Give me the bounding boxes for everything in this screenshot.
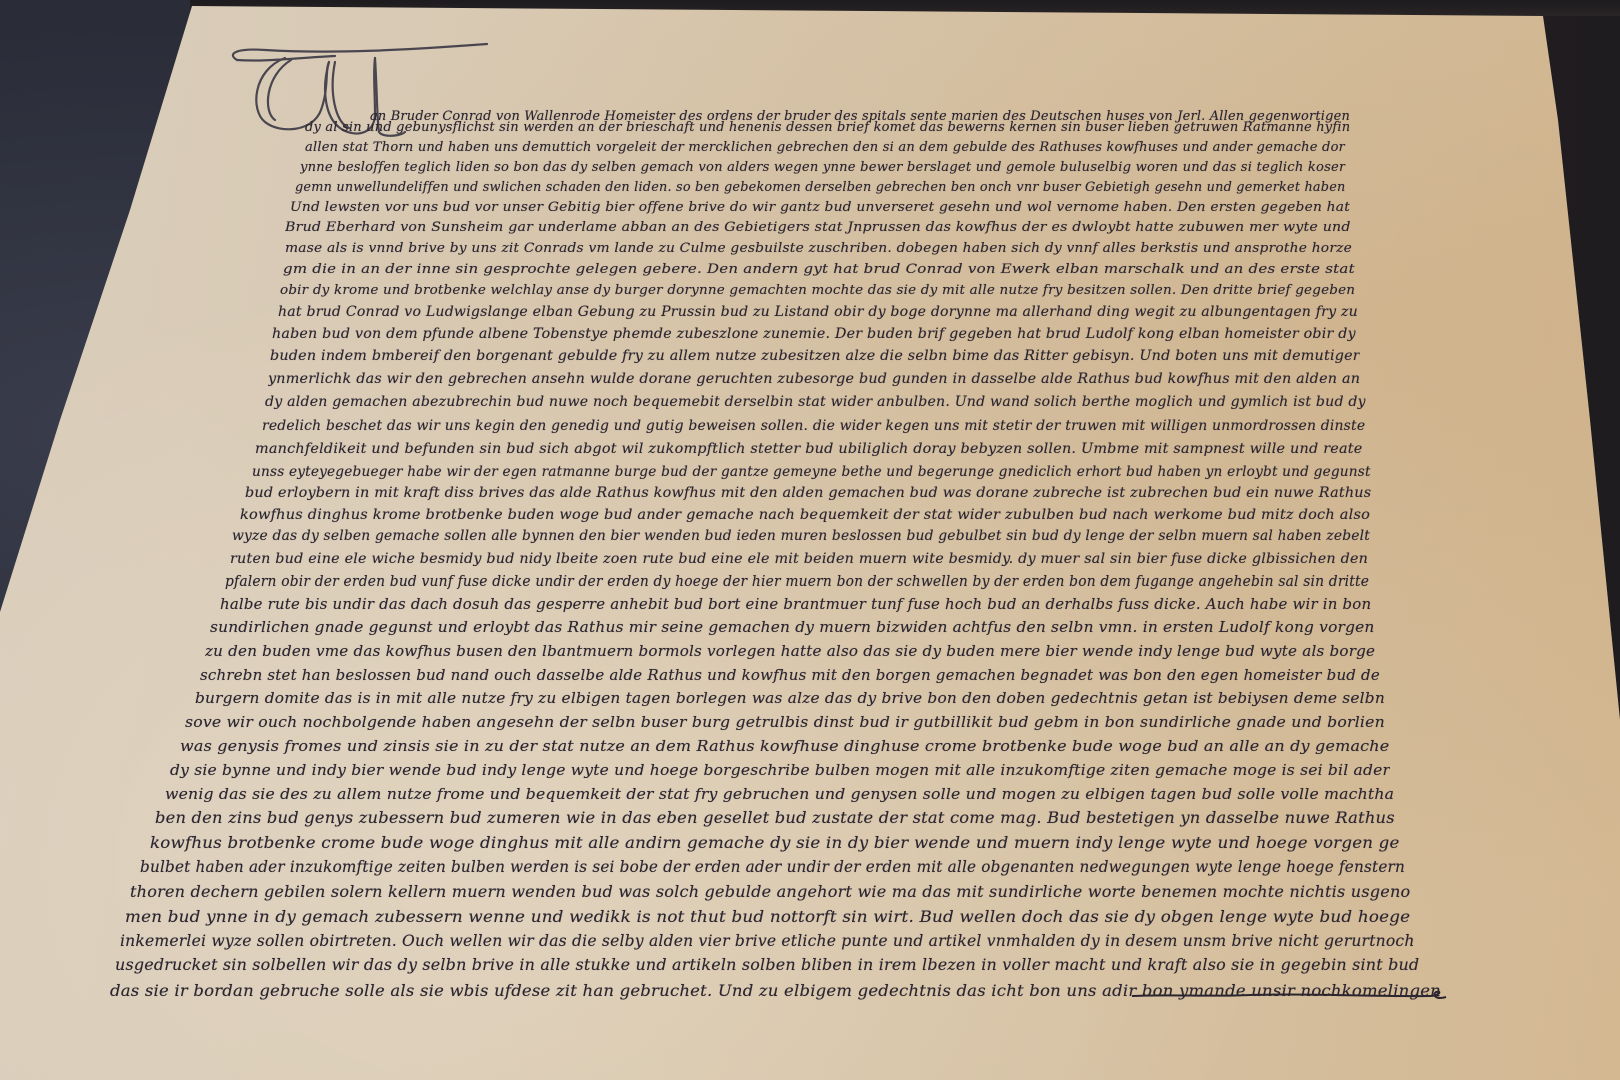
manuscript-line: sundirlichen gnade gegunst und erloybt d… bbox=[210, 618, 1375, 639]
manuscript-line: wenig das sie des zu allem nutze frome u… bbox=[165, 784, 1395, 805]
manuscript-line: kowfhus dinghus krome brotbenke buden wo… bbox=[240, 505, 1370, 525]
manuscript-line: schrebn stet han beslossen bud nand ouch… bbox=[200, 666, 1380, 687]
closing-flourish-line bbox=[1130, 988, 1450, 1002]
manuscript-line: allen stat Thorn und haben uns demuttich… bbox=[305, 138, 1345, 157]
manuscript-line: wyze das dy selben gemache sollen alle b… bbox=[232, 526, 1370, 546]
manuscript-line: unss eyteyegebueger habe wir der egen ra… bbox=[252, 462, 1370, 482]
manuscript-line: ben den zins bud genys zubessern bud zum… bbox=[155, 808, 1395, 830]
manuscript-line: was genysis fromes und zinsis sie in zu … bbox=[180, 736, 1390, 757]
manuscript-line: bud erloybern in mit kraft diss brives d… bbox=[245, 483, 1372, 503]
manuscript-line: kowfhus brotbenke crome bude woge dinghu… bbox=[150, 833, 1400, 855]
manuscript-line: sove wir ouch nochbolgende haben angeseh… bbox=[185, 712, 1384, 733]
manuscript-line: men bud ynne in dy gemach zubessern wenn… bbox=[125, 906, 1411, 928]
manuscript-line: buden indem bmbereif den borgenant gebul… bbox=[270, 347, 1360, 367]
manuscript-line: halbe rute bis undir das dach dosuh das … bbox=[220, 595, 1371, 616]
manuscript-line: mase als is vnnd brive by uns zit Conrad… bbox=[285, 239, 1352, 258]
manuscript-line: obir dy krome und brotbenke welchlay ans… bbox=[280, 281, 1355, 300]
manuscript-line: zu den buden vme das kowfhus busen den l… bbox=[205, 642, 1375, 663]
manuscript-line: Brud Eberhard von Sunsheim gar underlame… bbox=[285, 218, 1350, 237]
manuscript-line: dy al sin und gebunysflichst sin werden … bbox=[305, 118, 1350, 137]
manuscript-line: Und lewsten vor uns bud vor unser Gebiti… bbox=[290, 198, 1350, 217]
manuscript-line: hat brud Conrad vo Ludwigslange elban Ge… bbox=[278, 303, 1357, 323]
manuscript-line: inkemerlei wyze sollen obirtreten. Ouch … bbox=[120, 930, 1415, 952]
manuscript-line: dy alden gemachen abezubrechin bud nuwe … bbox=[265, 393, 1365, 413]
manuscript-line: thoren dechern gebilen solern kellern mu… bbox=[130, 882, 1410, 904]
manuscript-line: ynmerlichk das wir den gebrechen ansehn … bbox=[268, 370, 1360, 390]
manuscript-line: burgern domite das is in mit alle nutze … bbox=[195, 688, 1385, 709]
manuscript-line: gemn unwellundeliffen und swlichen schad… bbox=[295, 178, 1345, 197]
manuscript-line: pfalern obir der erden bud vunf fuse dic… bbox=[225, 572, 1370, 593]
manuscript-line: gm die in an der inne sin gesprochte gel… bbox=[283, 260, 1355, 279]
parchment-sheet: an Bruder Conrad von Wallenrode Homeiste… bbox=[0, 0, 1620, 1080]
manuscript-line: dy sie bynne und indy bier wende bud ind… bbox=[170, 760, 1390, 781]
manuscript-line: ruten bud eine ele wiche besmidy bud nid… bbox=[230, 549, 1368, 569]
manuscript-line: manchfeldikeit und befunden sin bud sich… bbox=[255, 439, 1362, 459]
document-photograph: an Bruder Conrad von Wallenrode Homeiste… bbox=[0, 0, 1620, 1080]
manuscript-line: redelich beschet das wir uns kegin den g… bbox=[262, 416, 1365, 436]
manuscript-line: ynne besloffen teglich liden so bon das … bbox=[300, 158, 1345, 177]
manuscript-line: bulbet haben ader inzukomftige zeiten bu… bbox=[140, 857, 1405, 879]
manuscript-line: usgedrucket sin solbellen wir das dy sel… bbox=[115, 954, 1419, 976]
manuscript-line: haben bud von dem pfunde albene Tobensty… bbox=[272, 325, 1355, 345]
